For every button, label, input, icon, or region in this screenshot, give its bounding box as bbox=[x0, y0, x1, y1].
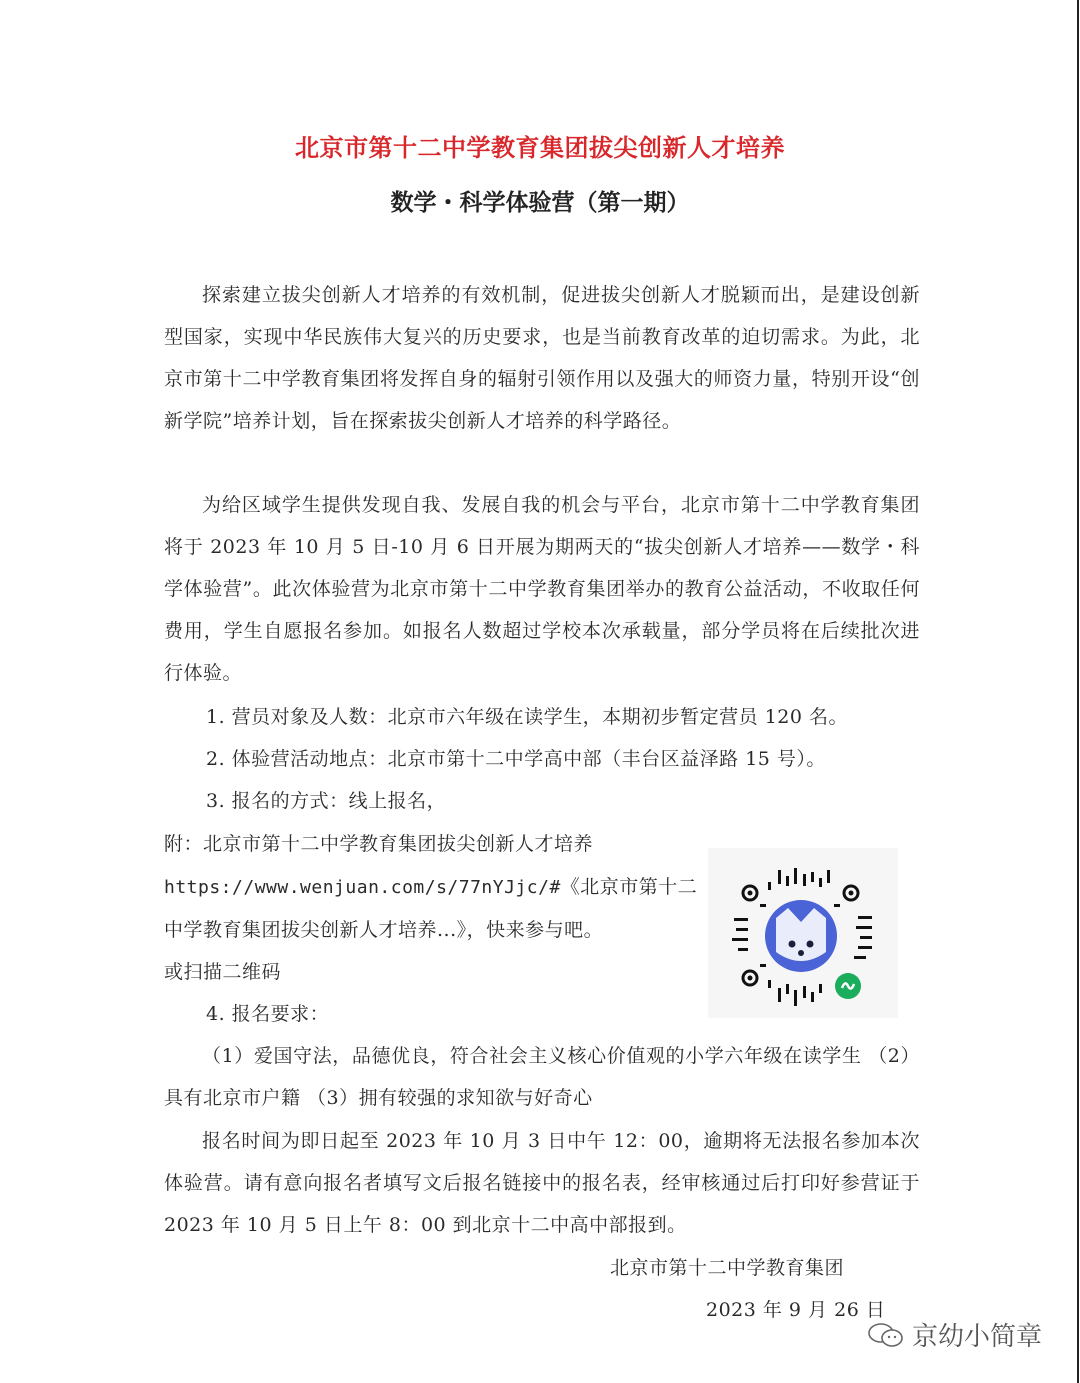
watermark-text: 京幼小简章 bbox=[912, 1316, 1042, 1353]
signature-org: 北京市第十二中学教育集团 bbox=[610, 1247, 844, 1289]
intro-paragraph: 探索建立拔尖创新人才培养的有效机制，促进拔尖创新人才脱颖而出，是建设创新型国家，… bbox=[164, 274, 920, 442]
attachment-line: 附：北京市第十二中学教育集团拔尖创新人才培养 bbox=[164, 823, 593, 865]
watermark: 京幼小简章 bbox=[866, 1316, 1042, 1353]
requirements-heading: 4. 报名要求： bbox=[206, 993, 329, 1035]
registration-note: 报名时间为即日起至 2023 年 10 月 3 日中午 12：00，逾期将无法报… bbox=[164, 1120, 920, 1246]
document-subtitle: 数学・科学体验营（第一期） bbox=[0, 184, 1080, 217]
event-paragraph: 为给区域学生提供发现自我、发展自我的机会与平台，北京市第十二中学教育集团将于 2… bbox=[164, 484, 920, 694]
document-title: 北京市第十二中学教育集团拔尖创新人才培养 bbox=[0, 128, 1080, 163]
item-location: 2. 体验营活动地点：北京市第十二中学高中部（丰台区益泽路 15 号）。 bbox=[206, 738, 826, 780]
wechat-icon bbox=[866, 1321, 906, 1349]
item-participants: 1. 营员对象及人数：北京市六年级在读学生，本期初步暂定营员 120 名。 bbox=[206, 696, 848, 738]
qr-code-icon bbox=[708, 848, 898, 1018]
requirements-text: （1）爱国守法，品德优良，符合社会主义核心价值观的小学六年级在读学生 （2）具有… bbox=[164, 1035, 920, 1119]
scan-qr-text: 或扫描二维码 bbox=[164, 951, 281, 993]
qr-code[interactable] bbox=[708, 848, 898, 1018]
attachment-link-line: https://www.wenjuan.com/s/77nYJjc/#《北京市第… bbox=[164, 866, 697, 909]
registration-url-link[interactable]: https://www.wenjuan.com/s/77nYJjc/# bbox=[164, 877, 561, 898]
item-registration-method: 3. 报名的方式：线上报名， bbox=[206, 780, 446, 822]
attachment-link-title: 《北京市第十二 bbox=[561, 876, 698, 898]
signature-date: 2023 年 9 月 26 日 bbox=[706, 1289, 885, 1331]
attachment-link-title-cont: 中学教育集团拔尖创新人才培养...》，快来参与吧。 bbox=[164, 909, 603, 951]
